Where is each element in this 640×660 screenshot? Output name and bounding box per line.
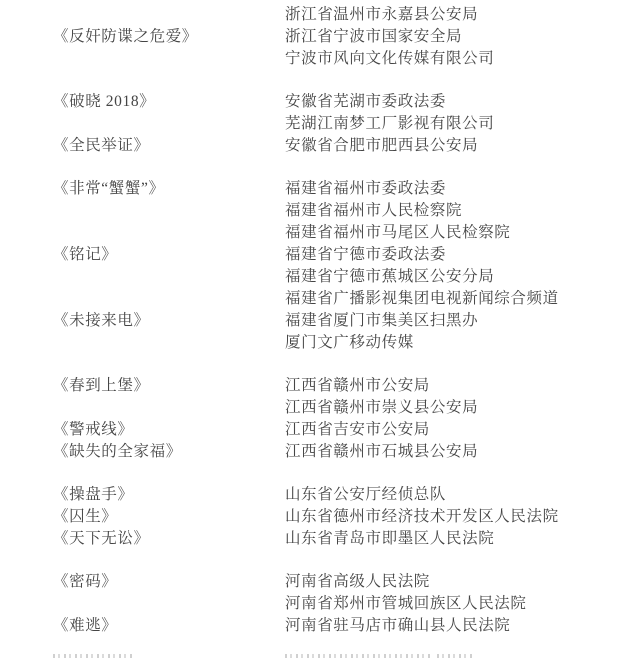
producer-org: 浙江省温州市永嘉县公安局 bbox=[285, 4, 640, 26]
list-row: 《春到上堡》 江西省赣州市公安局 bbox=[53, 375, 640, 397]
list-row: 福建省宁德市蕉城区公安分局 bbox=[53, 266, 640, 288]
list-row: 福建省福州市人民检察院 bbox=[53, 200, 640, 222]
list-row: 芜湖江南梦工厂影视有限公司 bbox=[53, 113, 640, 135]
film-title: 《春到上堡》 bbox=[53, 375, 285, 397]
list-row: 《囚生》 山东省德州市经济技术开发区人民法院 bbox=[53, 506, 640, 528]
producer-org: 河南省高级人民法院 bbox=[285, 571, 640, 593]
list-row: 《全民举证》 安徽省合肥市肥西县公安局 bbox=[53, 135, 640, 157]
film-title bbox=[53, 397, 285, 419]
document-page: 浙江省温州市永嘉县公安局 《反奸防谍之危爱》 浙江省宁波市国家安全局 宁波市风向… bbox=[0, 0, 640, 660]
film-title bbox=[53, 593, 285, 615]
producer-org: 宁波市风向文化传媒有限公司 bbox=[285, 48, 640, 70]
film-title: 《未接来电》 bbox=[53, 310, 285, 332]
producer-org: 河南省驻马店市确山县人民法院 bbox=[285, 615, 640, 637]
film-title: 《非常“蟹蟹”》 bbox=[53, 178, 285, 200]
film-title: 《警戒线》 bbox=[53, 419, 285, 441]
film-title bbox=[53, 332, 285, 354]
film-title: 《铭记》 bbox=[53, 244, 285, 266]
producer-org: 江西省赣州市石城县公安局 bbox=[285, 441, 640, 463]
list-row: 《操盘手》 山东省公安厅经侦总队 bbox=[53, 484, 640, 506]
producer-org: 山东省青岛市即墨区人民法院 bbox=[285, 528, 640, 550]
film-title: 《密码》 bbox=[53, 571, 285, 593]
producer-org: 浙江省宁波市国家安全局 bbox=[285, 26, 640, 48]
film-title bbox=[53, 4, 285, 26]
producer-org: 福建省宁德市委政法委 bbox=[285, 244, 640, 266]
film-title bbox=[53, 48, 285, 70]
producer-org: 江西省吉安市公安局 bbox=[285, 419, 640, 441]
film-title bbox=[53, 113, 285, 135]
clipped-org-fragment bbox=[285, 654, 430, 658]
producer-org: 河南省郑州市管城回族区人民法院 bbox=[285, 593, 640, 615]
producer-org: 芜湖江南梦工厂影视有限公司 bbox=[285, 113, 640, 135]
film-title: 《破晓 2018》 bbox=[53, 91, 285, 113]
list-row: 福建省广播影视集团电视新闻综合频道 bbox=[53, 288, 640, 310]
film-title: 《反奸防谍之危爱》 bbox=[53, 26, 285, 48]
list-row: 宁波市风向文化传媒有限公司 bbox=[53, 48, 640, 70]
producer-org: 安徽省芜湖市委政法委 bbox=[285, 91, 640, 113]
producer-org: 福建省福州市委政法委 bbox=[285, 178, 640, 200]
list-row: 《未接来电》 福建省厦门市集美区扫黑办 bbox=[53, 310, 640, 332]
film-title bbox=[53, 288, 285, 310]
list-row: 福建省福州市马尾区人民检察院 bbox=[53, 222, 640, 244]
list-row: 《警戒线》 江西省吉安市公安局 bbox=[53, 419, 640, 441]
clipped-title-fragment bbox=[53, 654, 135, 658]
film-title: 《难逃》 bbox=[53, 615, 285, 637]
producer-org: 福建省福州市人民检察院 bbox=[285, 200, 640, 222]
film-title bbox=[53, 200, 285, 222]
list-row: 《铭记》 福建省宁德市委政法委 bbox=[53, 244, 640, 266]
clipped-org-fragment bbox=[437, 654, 472, 658]
producer-org: 福建省宁德市蕉城区公安分局 bbox=[285, 266, 640, 288]
producer-org: 厦门文广移动传媒 bbox=[285, 332, 640, 354]
list-row: 《破晓 2018》 安徽省芜湖市委政法委 bbox=[53, 91, 640, 113]
clipped-partial-row bbox=[0, 654, 640, 660]
list-row: 《缺失的全家福》 江西省赣州市石城县公安局 bbox=[53, 441, 640, 463]
award-list: 浙江省温州市永嘉县公安局 《反奸防谍之危爱》 浙江省宁波市国家安全局 宁波市风向… bbox=[0, 0, 640, 637]
producer-org: 江西省赣州市崇义县公安局 bbox=[285, 397, 640, 419]
producer-org: 山东省德州市经济技术开发区人民法院 bbox=[285, 506, 640, 528]
film-title: 《天下无讼》 bbox=[53, 528, 285, 550]
producer-org: 安徽省合肥市肥西县公安局 bbox=[285, 135, 640, 157]
film-title: 《操盘手》 bbox=[53, 484, 285, 506]
film-title: 《全民举证》 bbox=[53, 135, 285, 157]
producer-org: 福建省厦门市集美区扫黑办 bbox=[285, 310, 640, 332]
producer-org: 福建省福州市马尾区人民检察院 bbox=[285, 222, 640, 244]
list-row: 浙江省温州市永嘉县公安局 bbox=[53, 4, 640, 26]
list-row: 《反奸防谍之危爱》 浙江省宁波市国家安全局 bbox=[53, 26, 640, 48]
film-title bbox=[53, 266, 285, 288]
list-row: 厦门文广移动传媒 bbox=[53, 332, 640, 354]
film-title: 《缺失的全家福》 bbox=[53, 441, 285, 463]
film-title: 《囚生》 bbox=[53, 506, 285, 528]
list-row: 江西省赣州市崇义县公安局 bbox=[53, 397, 640, 419]
producer-org: 江西省赣州市公安局 bbox=[285, 375, 640, 397]
list-row: 河南省郑州市管城回族区人民法院 bbox=[53, 593, 640, 615]
list-row: 《天下无讼》 山东省青岛市即墨区人民法院 bbox=[53, 528, 640, 550]
list-row: 《难逃》 河南省驻马店市确山县人民法院 bbox=[53, 615, 640, 637]
producer-org: 山东省公安厅经侦总队 bbox=[285, 484, 640, 506]
list-row: 《非常“蟹蟹”》 福建省福州市委政法委 bbox=[53, 178, 640, 200]
producer-org: 福建省广播影视集团电视新闻综合频道 bbox=[285, 288, 640, 310]
film-title bbox=[53, 222, 285, 244]
list-row: 《密码》 河南省高级人民法院 bbox=[53, 571, 640, 593]
